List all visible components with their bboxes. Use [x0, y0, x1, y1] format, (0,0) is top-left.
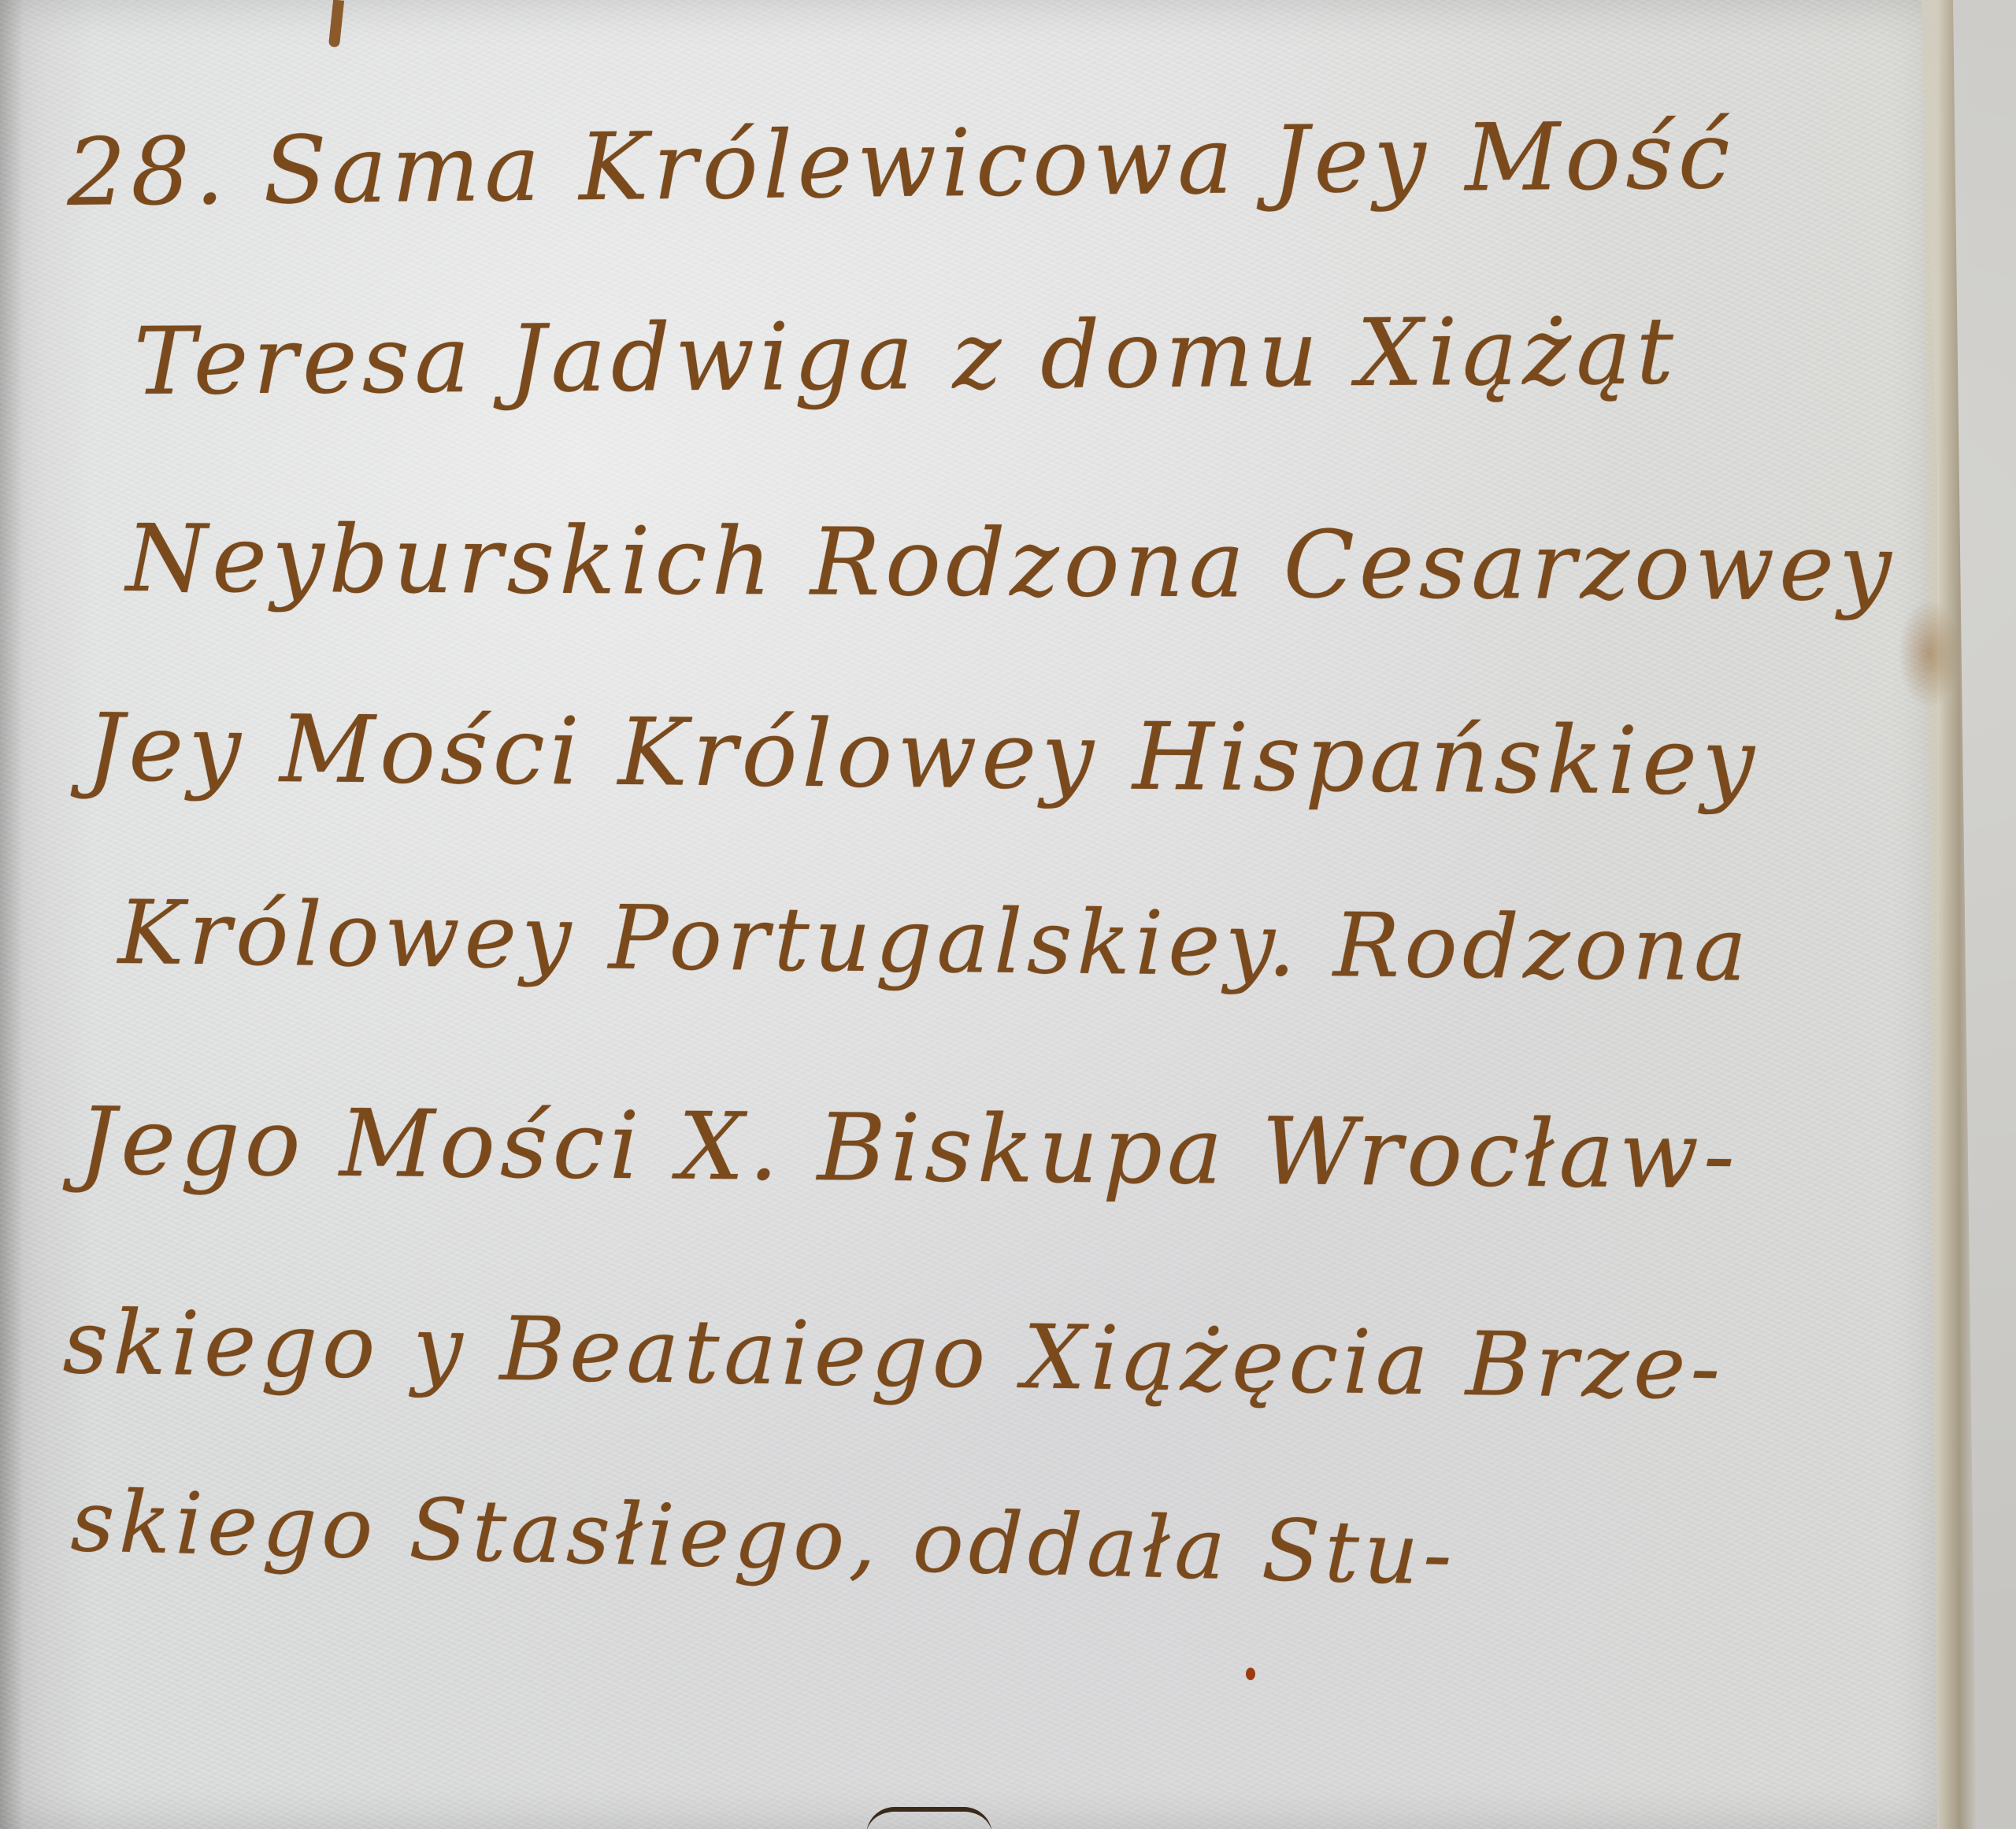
manuscript-line-4: Jey Mości Królowey Hispańskiey	[86, 693, 1759, 816]
handwritten-text: 28. Sama Królewicowa Jey Mość Teresa Jad…	[0, 0, 1937, 1829]
manuscript-photo: 28. Sama Królewicowa Jey Mość Teresa Jad…	[0, 0, 2016, 1829]
manuscript-line-8: skiego Stasłiego, oddała Stu-	[69, 1472, 1458, 1605]
manuscript-line-6: Jego Mości X. Biskupa Wrocław-	[78, 1087, 1740, 1209]
manuscript-line-1: 28. Sama Królewicowa Jey Mość	[66, 101, 1735, 227]
manuscript-line-3: Neyburskich Rodzona Cesarzowey	[126, 504, 1896, 622]
manuscript-line-5: Królowey Portugalskiey. Rodzona	[117, 882, 1751, 1002]
manuscript-line-7: skiego y Beataiego Xiążęcia Brze-	[62, 1291, 1725, 1420]
manuscript-line-2: Teresa Jadwiga z domu Xiążąt	[134, 296, 1679, 416]
